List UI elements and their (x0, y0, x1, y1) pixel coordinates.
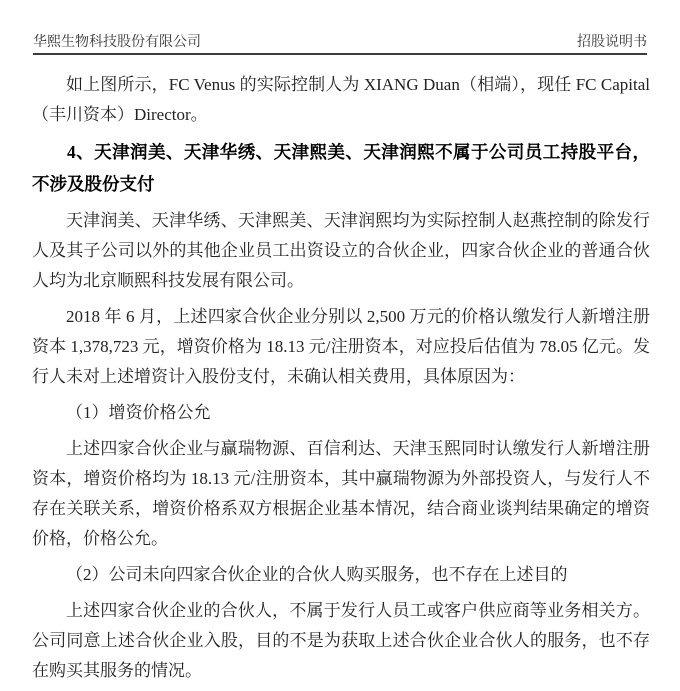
header-company-name: 华熙生物科技股份有限公司 (33, 34, 201, 51)
paragraph-price-fairness-detail: 上述四家合伙企业与赢瑞物源、百信利达、天津玉熙同时认缴发行人新增注册资本，增资价… (32, 434, 650, 554)
subheading-1-fair-price: （1）增资价格公允 (32, 398, 650, 428)
paragraph-fc-venus-controller: 如上图所示，FC Venus 的实际控制人为 XIANG Duan（相端），现任… (32, 70, 650, 130)
prospectus-page: 华熙生物科技股份有限公司 招股说明书 如上图所示，FC Venus 的实际控制人… (0, 0, 680, 691)
subheading-2-no-service-purchase: （2）公司未向四家合伙企业的合伙人购买服务，也不存在上述目的 (32, 560, 650, 590)
paragraph-capital-increase-2018: 2018 年 6 月，上述四家合伙企业分别以 2,500 万元的价格认缴发行人新… (32, 302, 650, 392)
document-body: 如上图所示，FC Venus 的实际控制人为 XIANG Duan（相端），现任… (32, 70, 650, 686)
header-doc-type: 招股说明书 (577, 34, 647, 51)
section-heading-4: 4、天津润美、天津华绣、天津熙美、天津润熙不属于公司员工持股平台，不涉及股份支付 (32, 136, 650, 200)
paragraph-partnership-background: 天津润美、天津华绣、天津熙美、天津润熙均为实际控制人赵燕控制的除发行人及其子公司… (32, 206, 650, 296)
page-header: 华熙生物科技股份有限公司 招股说明书 (33, 34, 647, 55)
paragraph-no-service-purchase-detail: 上述四家合伙企业的合伙人，不属于发行人员工或客户供应商等业务相关方。公司同意上述… (32, 596, 650, 686)
